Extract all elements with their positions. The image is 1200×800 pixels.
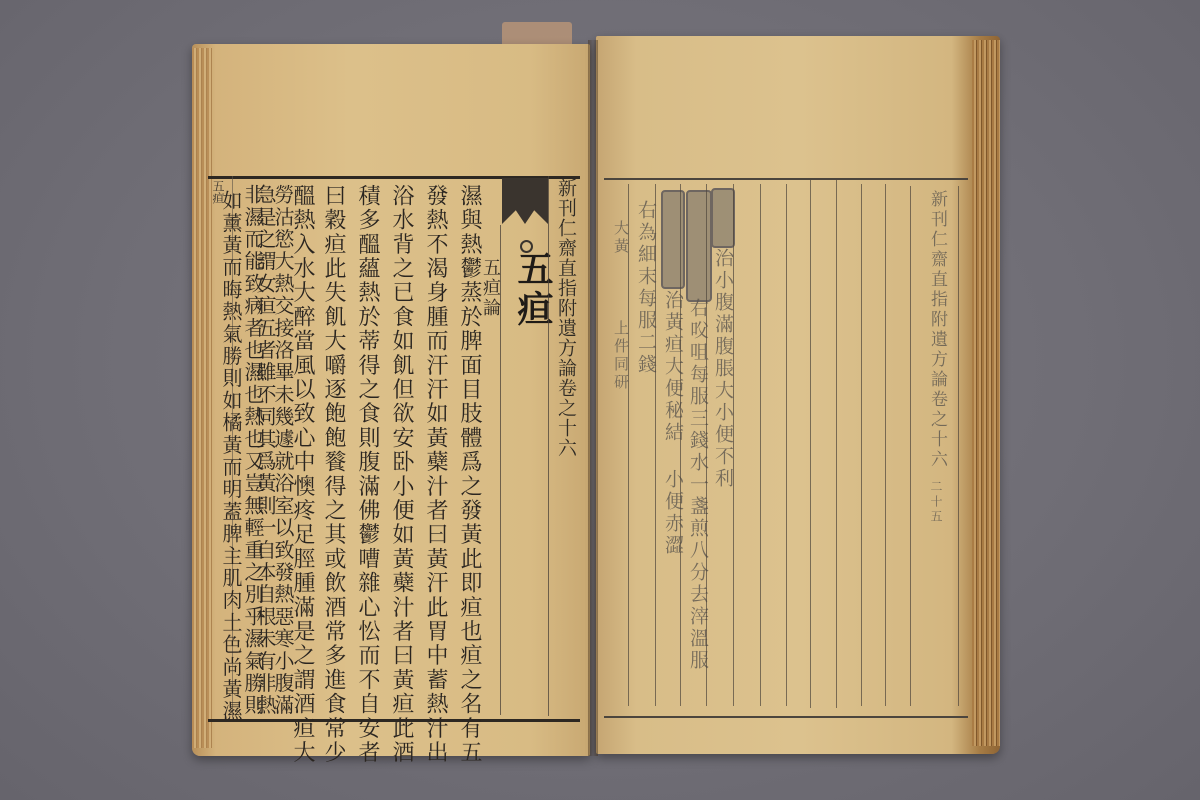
column-rule — [786, 184, 787, 706]
column-rule — [500, 225, 501, 715]
text-column: 曰穀疸此失飢大嚼逐飽飽餮得之其或飲酒常多進食常少 — [316, 184, 350, 765]
column-rule — [836, 180, 837, 708]
column-rule — [628, 184, 629, 706]
text-column: 積多醞蘊熱於蒂得之食則腹滿佛鬱嘈雜心忪而不自安者 — [350, 184, 384, 765]
chapter-title: 五疸 — [508, 250, 559, 330]
text-column: 濕與熱鬱蒸於脾面目肢體爲之發黃此即疸也疸之名有五 — [452, 184, 486, 765]
column-rule — [733, 184, 734, 706]
text-column: 如薰黃而晦熱氣勝則如橘黃而明蓋脾主肌肉土色尚黃濕 — [214, 190, 248, 723]
boxed-herb-label — [686, 190, 712, 302]
column-rule — [885, 184, 886, 706]
text-column: 浴水背之已食如飢但欲安卧小便如黃蘗汁者曰黃疸此酒 — [384, 184, 418, 765]
recipe-column: 右㕮咀每服三錢水一盞煎八分去滓溫服 — [685, 298, 712, 672]
book-gutter — [588, 40, 598, 756]
boxed-herb-label — [661, 190, 685, 289]
right-running-head: 新刊仁齋直指附遺方論卷之十六 — [925, 190, 950, 470]
column-rule — [680, 184, 681, 706]
right-page-edges — [972, 40, 1000, 746]
text-column: 發熱不渴身腫而汗汗如黃蘗汁者曰黃汗此胃中蓄熱汁出 — [418, 184, 452, 765]
recipe-column: 治黃疸大便秘結 小便赤澀 — [660, 290, 687, 557]
folio-mark: 二十五 — [928, 480, 945, 525]
column-rule — [760, 184, 761, 706]
open-book: 五疸 新刊仁齋直指附遺方論卷之十六 五疸 五疸論 濕與熱鬱蒸於脾面目肢體爲之發黃… — [0, 0, 1200, 800]
column-rule — [655, 184, 656, 706]
column-rule — [910, 186, 911, 706]
boxed-herb-label — [711, 188, 735, 248]
column-rule — [706, 184, 707, 706]
column-rule — [810, 180, 811, 708]
column-rule — [958, 186, 959, 706]
column-rule — [861, 184, 862, 706]
column-rule — [548, 176, 549, 716]
